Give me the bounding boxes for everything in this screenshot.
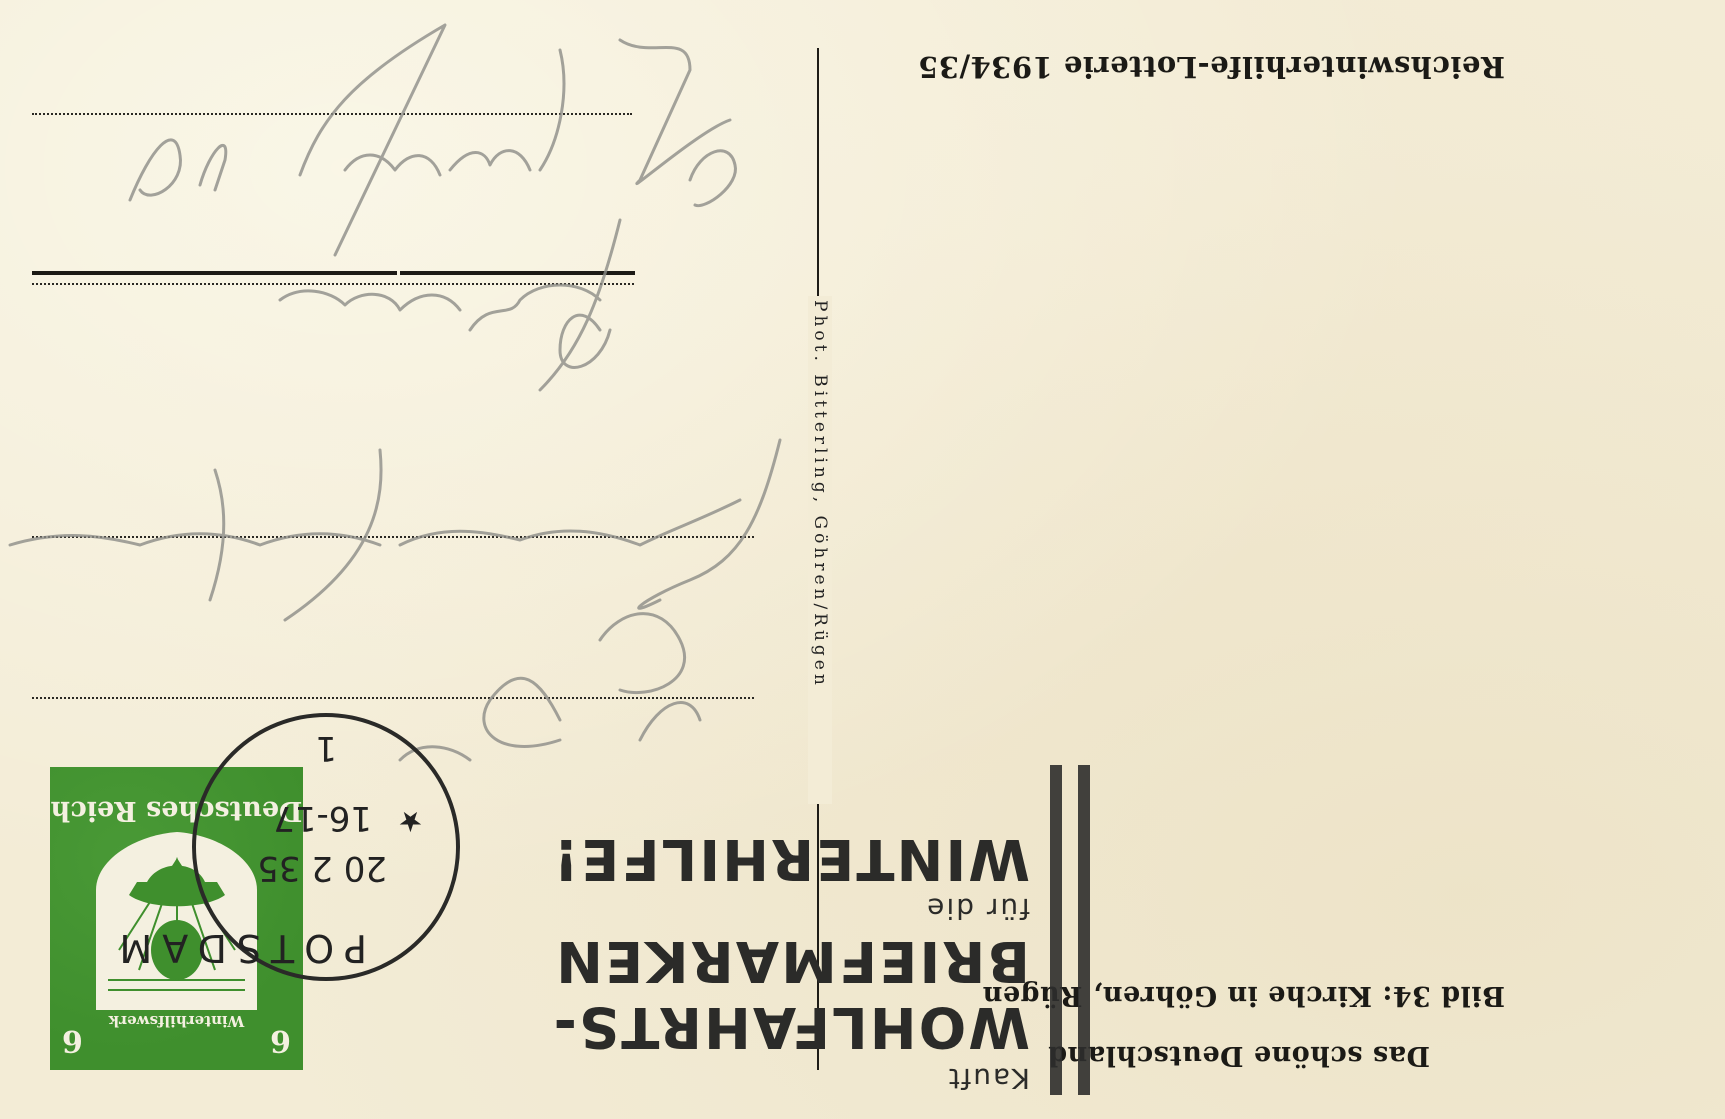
stamp-denomination: 6 <box>62 1023 83 1058</box>
address-line-dotted <box>32 283 634 285</box>
address-line-dotted <box>32 536 754 538</box>
postmark-star-icon: ★ <box>398 805 423 838</box>
postmark-district: 1 <box>315 728 337 768</box>
address-line-dotted <box>32 697 754 699</box>
postmark-city: POTSDAM <box>109 926 367 970</box>
slogan-cancellation: Kauft WOHLFAHRTS- BRIEFMARKEN für die WI… <box>530 755 1090 1105</box>
address-underline-left <box>32 271 397 275</box>
postmark-date: 20 2 35 <box>257 848 387 888</box>
address-underline-right <box>400 271 635 275</box>
postmark-contents: POTSDAM 20 2 35 16-17 ★ 1 <box>185 706 467 988</box>
postmark-time: 16-17 <box>273 798 372 838</box>
cancel-bar <box>1078 765 1090 1095</box>
cancel-bar <box>1050 765 1062 1095</box>
series-caption: Das schöne Deutschland <box>1040 1040 1430 1071</box>
lottery-header-title: Reichswinterhilfe-Lotterie 1934/35 <box>955 50 1505 84</box>
postcard: Reichswinterhilfe-Lotterie 1934/35 Das s… <box>0 0 1725 1119</box>
slogan-line-1: Kauft <box>947 1062 1030 1095</box>
stamp-denomination: 6 <box>270 1023 291 1058</box>
slogan-line-2: WOHLFAHRTS- <box>552 994 1030 1059</box>
slogan-line-4: für die <box>925 892 1030 925</box>
photo-credit: Phot. Bitterling, Göhren/Rügen <box>808 296 832 804</box>
address-line-dotted <box>32 113 632 115</box>
round-postmark: POTSDAM 20 2 35 16-17 ★ 1 <box>185 706 467 988</box>
slogan-line-5: WINTERHILFE! <box>552 826 1030 891</box>
slogan-line-3: BRIEFMARKEN <box>554 928 1030 993</box>
pencil-handwriting <box>0 0 820 800</box>
